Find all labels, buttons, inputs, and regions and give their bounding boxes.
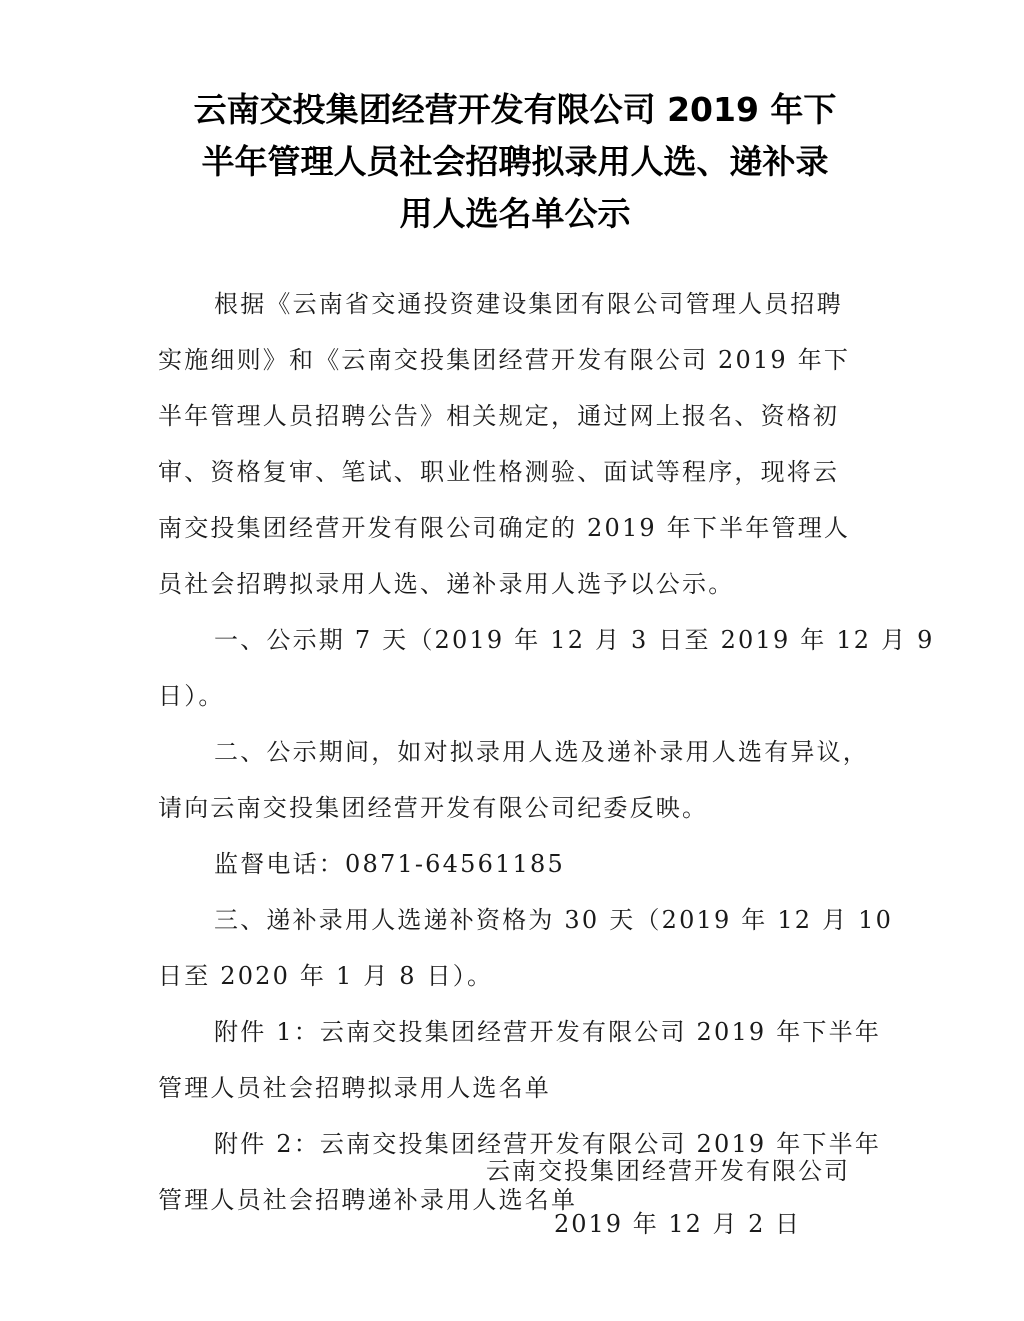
document-body: 根据《云南省交通投资建设集团有限公司管理人员招聘 实施细则》和《云南交投集团经营…	[158, 276, 870, 1228]
supervision-phone: 监督电话：0871-64561185	[158, 836, 870, 892]
item-3-substitute-period: 三、递补录用人选递补资格为 30 天（2019 年 12 月 10 日至 202…	[158, 892, 870, 1004]
signature-organization: 云南交投集团经营开发有限公司	[486, 1151, 850, 1186]
item-1-publicity-period: 一、公示期 7 天（2019 年 12 月 3 日至 2019 年 12 月 9…	[158, 612, 870, 724]
paragraph-line: 实施细则》和《云南交投集团经营开发有限公司 2019 年下	[158, 332, 870, 388]
title-line: 半年管理人员社会招聘拟录用人选、递补录	[150, 136, 880, 188]
phone-number: 0871-64561185	[345, 850, 565, 878]
attachment-1: 附件 1：云南交投集团经营开发有限公司 2019 年下半年 管理人员社会招聘拟录…	[158, 1004, 870, 1116]
title-line: 云南交投集团经营开发有限公司 2019 年下	[150, 84, 880, 136]
paragraph-line: 日）。	[158, 668, 870, 724]
paragraph-line: 二、公示期间，如对拟录用人选及递补录用人选有异议，	[158, 724, 870, 780]
item-2-objections: 二、公示期间，如对拟录用人选及递补录用人选有异议， 请向云南交投集团经营开发有限…	[158, 724, 870, 836]
document-page: 云南交投集团经营开发有限公司 2019 年下 半年管理人员社会招聘拟录用人选、递…	[0, 0, 1024, 1321]
paragraph-line: 管理人员社会招聘拟录用人选名单	[158, 1060, 870, 1116]
paragraph-line: 日至 2020 年 1 月 8 日）。	[158, 948, 870, 1004]
paragraph-line: 根据《云南省交通投资建设集团有限公司管理人员招聘	[158, 276, 870, 332]
paragraph-line: 员社会招聘拟录用人选、递补录用人选予以公示。	[158, 556, 870, 612]
paragraph-line: 一、公示期 7 天（2019 年 12 月 3 日至 2019 年 12 月 9	[158, 612, 870, 668]
intro-paragraph: 根据《云南省交通投资建设集团有限公司管理人员招聘 实施细则》和《云南交投集团经营…	[158, 276, 870, 612]
paragraph-line: 请向云南交投集团经营开发有限公司纪委反映。	[158, 780, 870, 836]
paragraph-line: 审、资格复审、笔试、职业性格测验、面试等程序，现将云	[158, 444, 870, 500]
paragraph-line: 附件 1：云南交投集团经营开发有限公司 2019 年下半年	[158, 1004, 870, 1060]
paragraph-line: 半年管理人员招聘公告》相关规定，通过网上报名、资格初	[158, 388, 870, 444]
signature-date: 2019 年 12 月 2 日	[554, 1204, 801, 1239]
paragraph-line: 南交投集团经营开发有限公司确定的 2019 年下半年管理人	[158, 500, 870, 556]
phone-label: 监督电话：	[214, 850, 345, 878]
paragraph-line: 三、递补录用人选递补资格为 30 天（2019 年 12 月 10	[158, 892, 870, 948]
title-line: 用人选名单公示	[150, 188, 880, 240]
document-title: 云南交投集团经营开发有限公司 2019 年下 半年管理人员社会招聘拟录用人选、递…	[150, 84, 880, 240]
